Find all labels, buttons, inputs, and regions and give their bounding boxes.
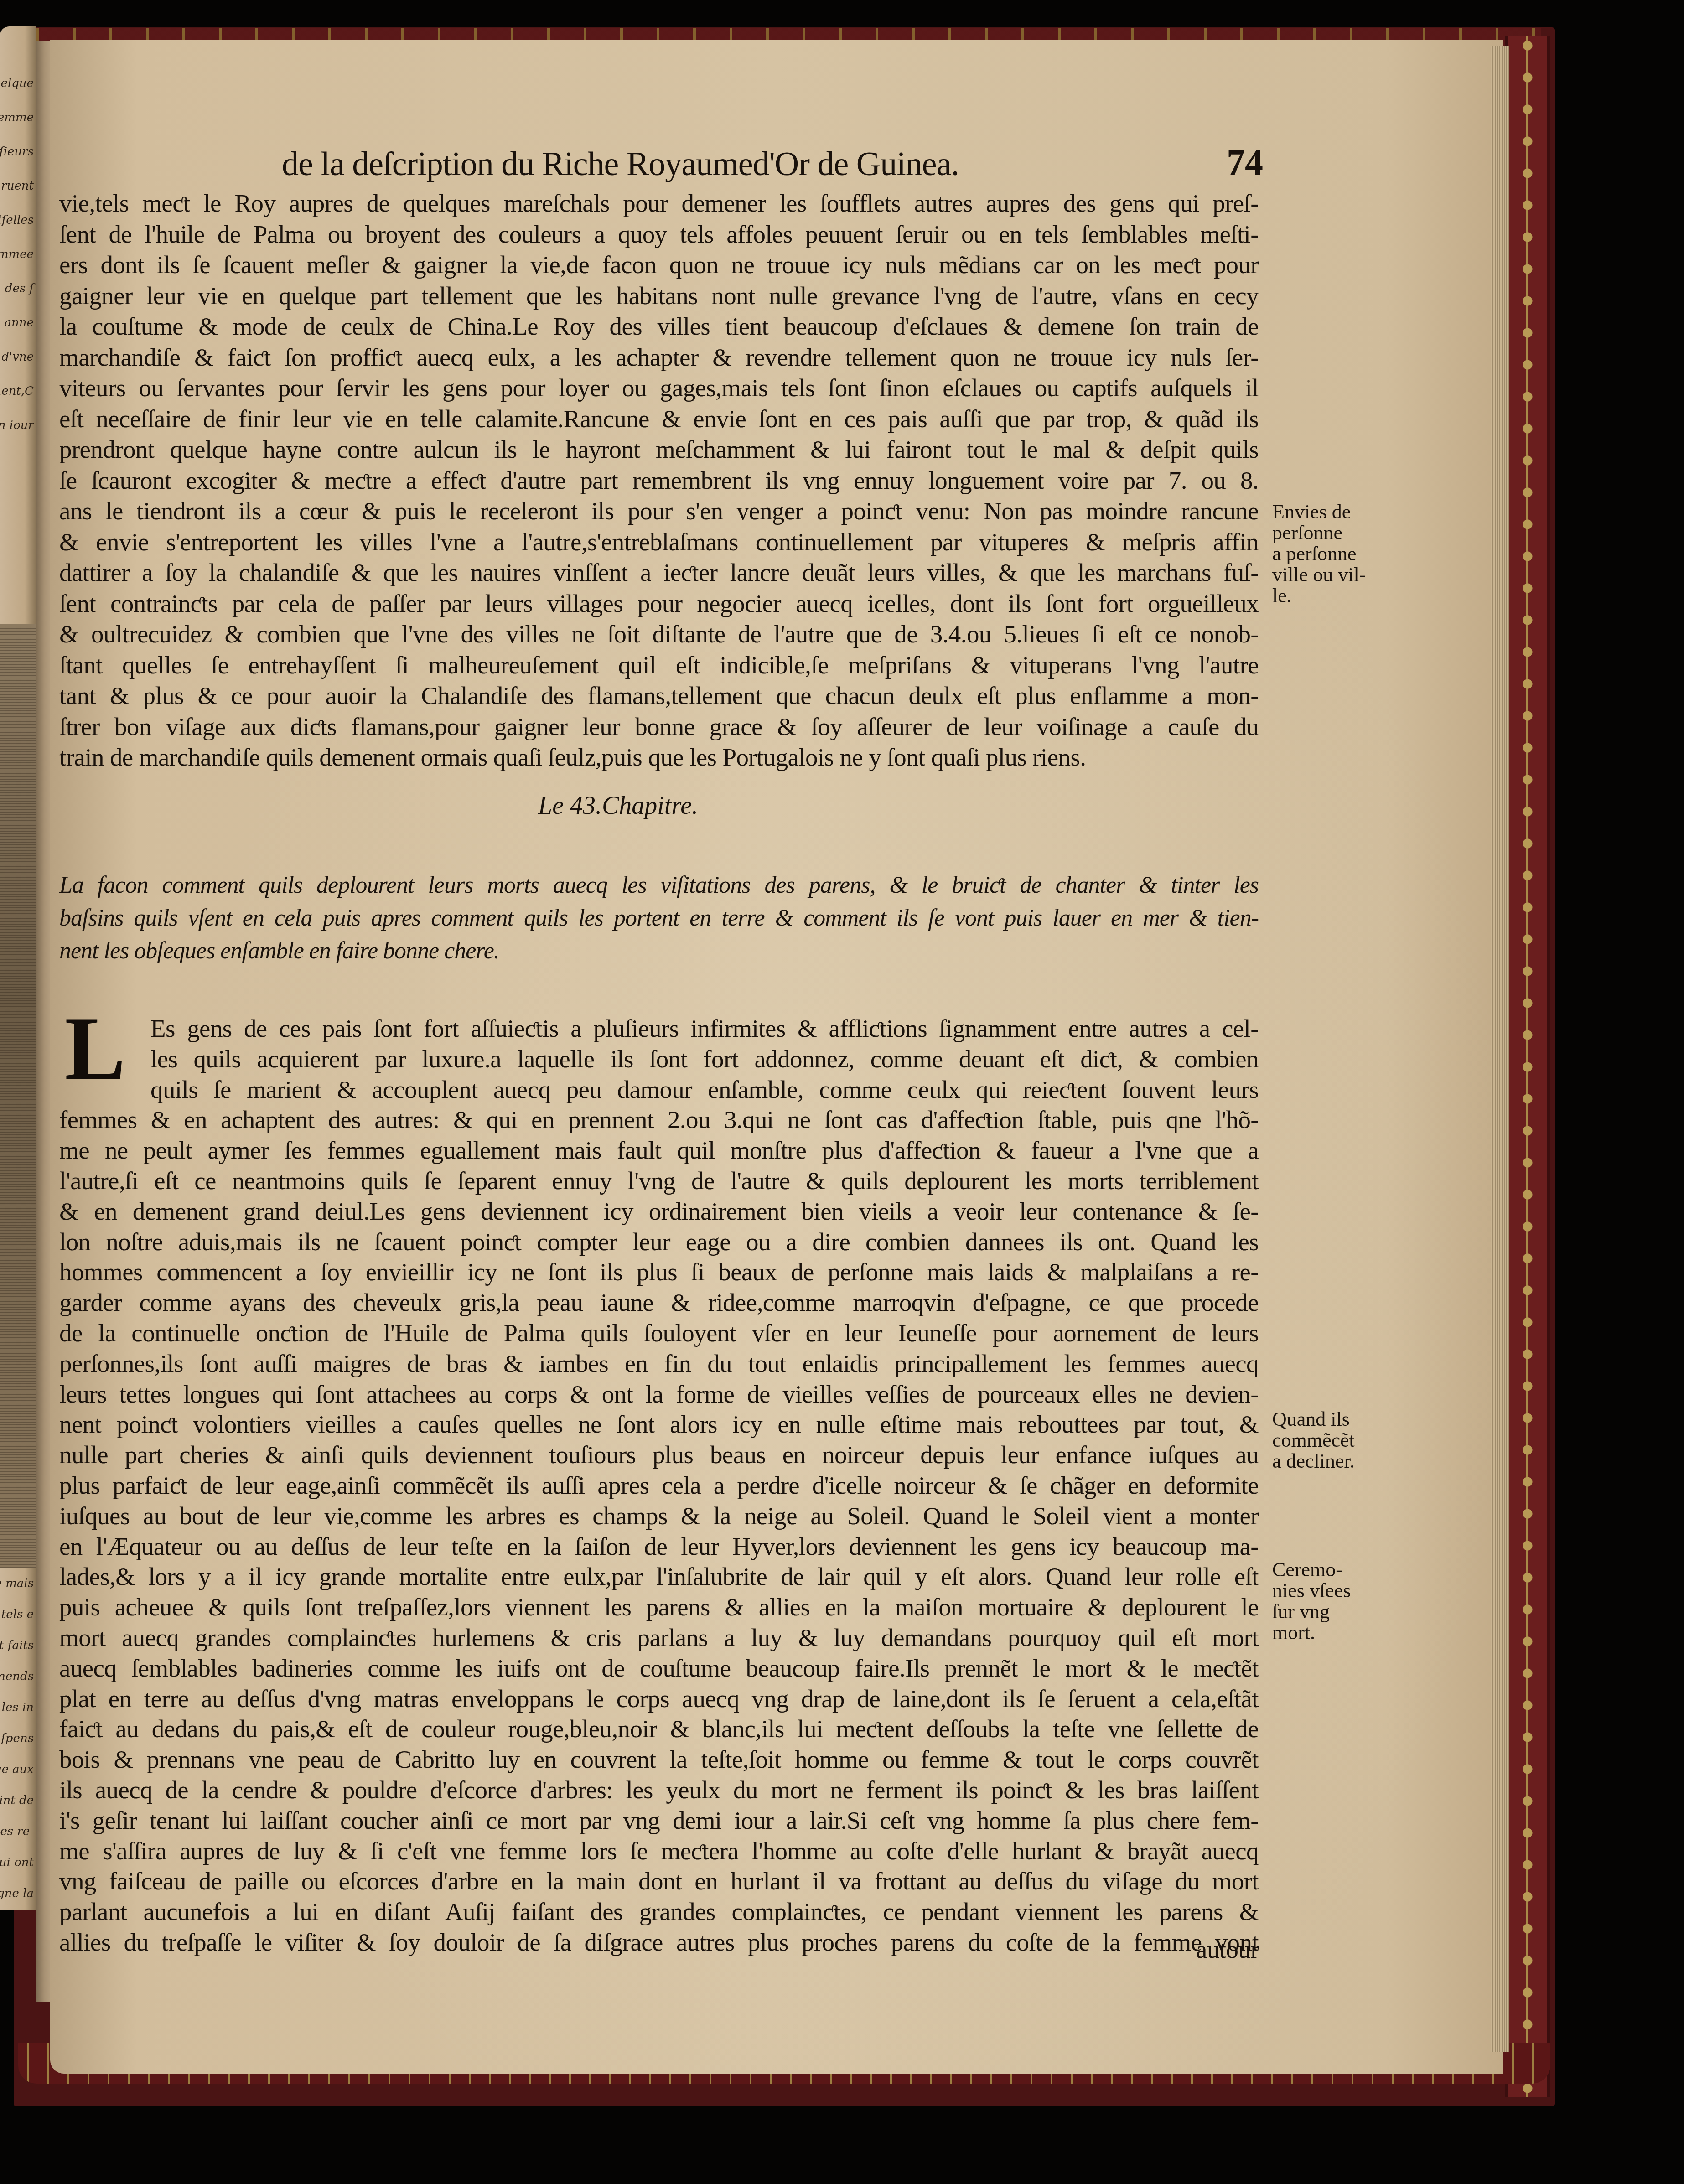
body-line: ſent contrainƈts par cela de paſſer par … — [59, 590, 1259, 618]
body-line: quils ſe marient & accouplent auecq peu … — [150, 1076, 1259, 1104]
verso-line: e nommee — [0, 248, 34, 261]
body-line: Es gens de ces pais ſont fort aſſuieƈtis… — [150, 1014, 1259, 1043]
margin-note-line: mort. — [1272, 1622, 1315, 1643]
verso-line: bon iour — [0, 419, 34, 432]
body-line: puis acheuee & quils ſont treſpaſſez,lor… — [59, 1593, 1259, 1621]
body-line: nulle part cheries & ainſi quils devienn… — [59, 1441, 1259, 1469]
body-line: lon noſtre aduis,mais ils ne ſcauent poi… — [59, 1228, 1259, 1256]
summary-line: nent les obſeques enſamble en faire bonn… — [59, 937, 1259, 964]
margin-note-line: commẽcẽt — [1272, 1430, 1355, 1451]
body-line: plus parfaiƈt de leur eage,ainſi commẽcẽ… — [59, 1471, 1259, 1500]
margin-note-line: a decliner. — [1272, 1451, 1355, 1472]
body-line: prendront quelque hayne contre aulcun il… — [59, 435, 1259, 464]
verso-line: Fublement,C — [0, 384, 34, 398]
chapter-heading: Le 43.Chapitre. — [538, 791, 698, 820]
body-line: ſe ſcauront excogiter & meƈtre a effeƈt … — [59, 466, 1259, 495]
margin-note-line: a perſonne — [1272, 543, 1356, 564]
body-line: i's geſir tenant lui laiſſant coucher ai… — [59, 1806, 1259, 1835]
drop-cap: L — [65, 1010, 125, 1087]
engraving-illustration — [0, 624, 36, 1568]
verso-line: uiſe d'vne — [0, 350, 34, 364]
body-line: viteurs ou ſervantes pour ſervir les gen… — [59, 374, 1259, 402]
body-line: leurs tettes longues qui ſont attachees … — [59, 1380, 1259, 1408]
body-line: perſonnes,ils ſont auſſi maigres de bras… — [59, 1350, 1259, 1378]
body-line: vng faiſceau de paille ou eſcorces d'arb… — [59, 1867, 1259, 1895]
body-line: l'autre,ſi eſt ce neantmoins quils ſe ſe… — [59, 1167, 1259, 1195]
verso-line: andiſe mais — [0, 1577, 34, 1590]
body-line: nent poinƈt volontiers vieilles a cauſes… — [59, 1410, 1259, 1439]
verso-page-fragment: e quelquet la femment pluſieursſe ſeruen… — [0, 26, 36, 1910]
running-head: de la deſcription du Riche Royaumed'Or d… — [282, 145, 959, 184]
verso-line: ens qui ont — [0, 1856, 34, 1869]
verso-line: ſe ſeruent — [0, 179, 34, 193]
margin-note-line: Quand ils — [1272, 1409, 1350, 1430]
margin-note-line: ville ou vil- — [1272, 564, 1366, 585]
body-line: ils auecq de la cendre & pouldre d'eſcor… — [59, 1776, 1259, 1804]
body-line: garder comme ayans des cheveulx gris,la … — [59, 1289, 1259, 1317]
body-line: me ne peult aymer ſes femmes eguallement… — [59, 1136, 1259, 1164]
body-line: ſent de l'huile de Palma ou broyent des … — [59, 220, 1259, 248]
body-line: gaigner leur vie en quelque part telleme… — [59, 282, 1259, 310]
body-line: marchandiſe & faiƈt ſon proffiƈt auecq e… — [59, 343, 1259, 372]
body-line: parlant aucunefois a lui en diſant Auſij… — [59, 1898, 1259, 1926]
verso-line: our les re- — [0, 1825, 34, 1838]
body-line: bois & prennans vne peau de Cabritto luy… — [59, 1745, 1259, 1774]
margin-note-line: nies vſees — [1272, 1580, 1351, 1601]
page-number: 74 — [1227, 142, 1263, 184]
verso-line: y ſont faits — [0, 1639, 34, 1652]
page-edges — [1491, 46, 1509, 2052]
body-line: dattirer a ſoy la chalandiſe & que les n… — [59, 559, 1259, 587]
margin-note-line: Ceremo- — [1272, 1559, 1342, 1580]
body-line: ſtrer bon viſage aux diƈts flamans,pour … — [59, 713, 1259, 741]
body-line: ſtant quelles ſe entrehayſſent ſi malheu… — [59, 651, 1259, 679]
verso-line: e gaigne la — [0, 1887, 34, 1900]
body-line: & oultrecuidez & combien que l'vne des v… — [59, 620, 1259, 648]
body-line: en l'Æquateur ou au deſſus de leur teſte… — [59, 1532, 1259, 1561]
body-line: faiƈt au dedans du pais,& eſt de couleur… — [59, 1715, 1259, 1743]
verso-line: ent les in — [0, 1701, 34, 1714]
body-line: & en demenent grand deiul.Les gens devie… — [59, 1197, 1259, 1226]
verso-line: damoiſelles — [0, 213, 34, 227]
body-line: les quils acquierent par luxure.a laquel… — [150, 1045, 1259, 1073]
summary-line: La facon comment quils deplourent leurs … — [59, 872, 1259, 899]
verso-line: x ou des ſ — [0, 282, 34, 295]
verso-line: nt pluſieurs — [0, 145, 34, 159]
cover-gilt-border-right — [1505, 36, 1550, 2097]
body-line: lades,& lors y a il icy grande mortalite… — [59, 1563, 1259, 1591]
margin-note-line: perſonne — [1272, 523, 1342, 543]
margin-note-line: le. — [1272, 585, 1292, 606]
summary-line: baſsins quils vſent en cela puis apres c… — [59, 905, 1259, 932]
margin-note-line: ſur vng — [1272, 1601, 1330, 1622]
body-line: femmes & en achaptent des autres: & qui … — [59, 1106, 1259, 1134]
verso-line: les deſpens — [0, 1732, 34, 1745]
body-line: iuſques au bout de leur vie,comme les ar… — [59, 1502, 1259, 1530]
body-line: & envie s'entreportent les villes l'vne … — [59, 528, 1259, 556]
verso-line: as des anne — [0, 316, 34, 330]
body-line: hommes commencent a ſoy envieillir icy n… — [59, 1258, 1259, 1286]
verso-line: t la femme — [0, 111, 34, 124]
body-line: auecq ſemblables badineries comme les iu… — [59, 1654, 1259, 1682]
body-line: vie,tels meƈt le Roy aupres de quelques … — [59, 189, 1259, 217]
body-line: tant & plus & ce pour auoir la Chalandiſ… — [59, 682, 1259, 710]
catchword: autour — [1176, 1936, 1259, 1964]
body-line: la couſtume & mode de ceulx de China.Le … — [59, 312, 1259, 341]
verso-line: ues amends — [0, 1670, 34, 1683]
body-line: mort auecq grandes complainƈtes hurlemen… — [59, 1624, 1259, 1652]
body-line: train de marchandiſe quils demenent orma… — [59, 743, 1259, 771]
body-line: ans le tiendront ils a cœur & puis le re… — [59, 497, 1259, 525]
body-line: eſt neceſſaire de finir leur vie en tell… — [59, 405, 1259, 433]
body-line: me s'aſſira aupres de luy & ſi c'eſt vne… — [59, 1837, 1259, 1865]
margin-note-line: Envies de — [1272, 502, 1351, 523]
body-line: plat en terre au deſſus d'vng matras env… — [59, 1685, 1259, 1713]
verso-line: neſnage aux — [0, 1763, 34, 1776]
verso-line: e quelque — [0, 77, 34, 90]
body-line: allies du treſpaſſe le viſiter & ſoy dou… — [59, 1928, 1259, 1956]
body-line: de la continuelle onƈtion de l'Huile de … — [59, 1319, 1259, 1347]
verso-line: nt point de — [0, 1794, 34, 1807]
body-line: ers dont ils ſe ſcauent meſler & gaigner… — [59, 251, 1259, 279]
verso-line: icy tels e — [0, 1608, 34, 1621]
